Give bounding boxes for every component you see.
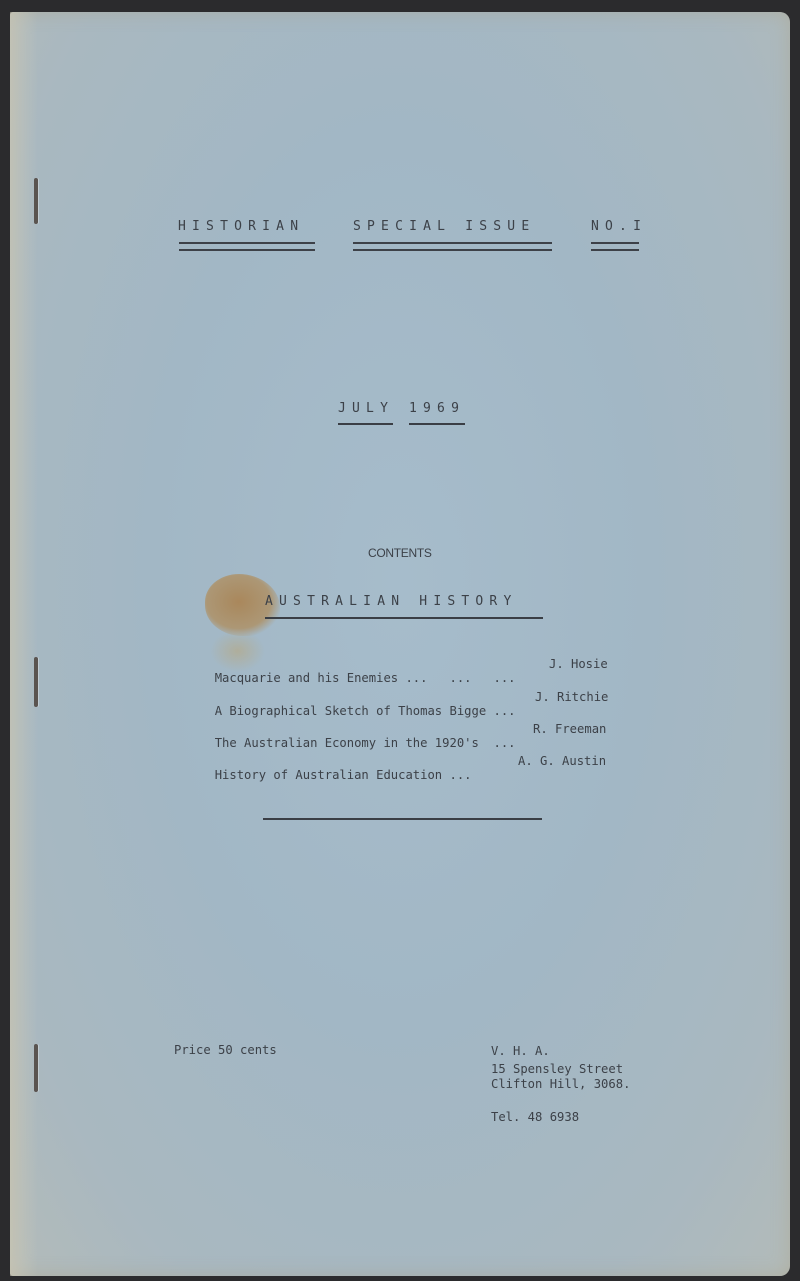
document-cover — [10, 12, 790, 1276]
price: Price 50 cents — [174, 1043, 277, 1057]
staple — [34, 1044, 38, 1092]
underline — [409, 423, 465, 425]
toc-entry-title: History of Australian Education ... — [215, 768, 472, 782]
toc-entry: Macquarie and his Enemies ... ... ... — [200, 657, 516, 685]
staple — [34, 657, 38, 707]
underline — [338, 423, 393, 425]
date-month: JULY — [338, 401, 394, 416]
telephone: Tel. 48 6938 — [491, 1110, 579, 1124]
address-line-2: Clifton Hill, 3068. — [491, 1077, 630, 1091]
contents-heading: CONTENTS — [368, 546, 432, 560]
toc-entry: The Australian Economy in the 1920's ... — [200, 722, 516, 750]
publisher: V. H. A. — [491, 1044, 550, 1058]
toc-entry-title: The Australian Economy in the 1920's ... — [215, 736, 516, 750]
double-underline — [591, 242, 639, 251]
toc-entry-author: A. G. Austin — [518, 754, 606, 768]
staple — [34, 178, 38, 224]
toc-entry-author: R. Freeman — [533, 722, 606, 736]
double-underline — [353, 242, 552, 251]
header-subtitle: SPECIAL ISSUE — [353, 219, 535, 234]
toc-entry-title: Macquarie and his Enemies ... ... ... — [215, 671, 516, 685]
address-line-1: 15 Spensley Street — [491, 1062, 623, 1076]
section-divider — [263, 818, 542, 820]
toc-entry-author: J. Hosie — [549, 657, 608, 671]
date-year: 1969 — [409, 401, 465, 416]
toc-entry: History of Australian Education ... — [200, 754, 472, 782]
double-underline — [179, 242, 315, 251]
header-title: HISTORIAN — [178, 219, 304, 234]
toc-entry-title: A Biographical Sketch of Thomas Bigge ..… — [215, 704, 516, 718]
underline — [265, 617, 543, 619]
issue-number: NO.I — [591, 219, 647, 234]
toc-entry-author: J. Ritchie — [535, 690, 608, 704]
toc-entry: A Biographical Sketch of Thomas Bigge ..… — [200, 690, 516, 718]
section-title: AUSTRALIAN HISTORY — [265, 594, 517, 609]
